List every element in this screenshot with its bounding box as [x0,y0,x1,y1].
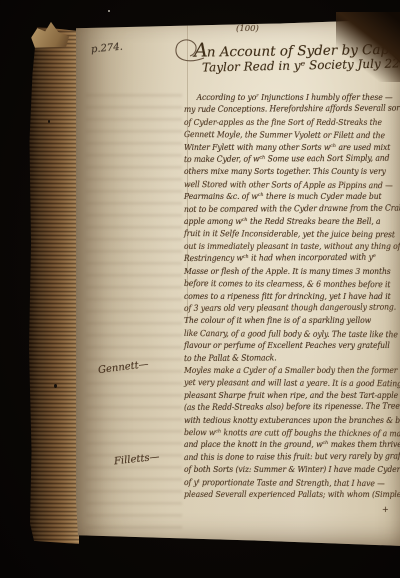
manuscript-line: of Cyder-apples as the fine Sort of Redd… [184,117,378,129]
catchword-mark: + [382,505,389,514]
manuscript-line: not to be compared with the Cyder drawne… [184,202,378,216]
edge-speck [48,120,50,123]
manuscript-line: Masse or flesh of the Apple. It is many … [184,266,378,278]
manuscript-line: with tedious knotty extuberances upon th… [184,415,378,427]
book-leaf-edges [29,27,79,544]
manuscript-photo: p.274. (100) An Account of Syder by Capt… [0,0,400,578]
manuscript-line: of 3 years old very pleasant though dang… [184,302,378,316]
ink-folio-number: (100) [236,24,259,34]
manuscript-body: According to yoʳ Injunctions I humbly of… [184,92,400,501]
manuscript-line: Pearmains &c. of wᶜʰ there is much Cyder… [184,191,378,203]
title-initial: A [194,39,207,61]
edge-speck [54,384,57,388]
torn-leaf-corner [30,21,70,50]
manuscript-line: of both Sorts (viz: Summer & Winter) I h… [184,464,378,476]
manuscript-line: Moyles make a Cyder of a Smaller body th… [184,365,378,377]
pencil-folio-number: p.274. [91,42,124,56]
manuscript-line: to make Cyder, of wᶜʰ Some use each Sort… [184,153,378,167]
manuscript-line: my rude Conceptions. Herefordshire affor… [184,103,378,117]
manuscript-line: Restringency wᶜʰ it had when incorporate… [184,252,378,266]
manuscript-line: The colour of it when fine is of a spark… [184,315,378,327]
page-corner-shadow [336,12,400,82]
dust-speck [108,10,110,12]
manuscript-page: p.274. (100) An Account of Syder by Capt… [76,16,400,548]
manuscript-line: apple among wᶜʰ the Redd Streaks beare t… [184,216,378,228]
manuscript-line: others mixe many Sorts together. This Co… [184,166,378,178]
manuscript-line: to the Pallat & Stomack. [184,351,378,365]
manuscript-line: (as the Redd-Streaks also) before its ri… [184,401,378,415]
manuscript-line: pleased Severall experienced Pallats; wi… [184,489,378,501]
manuscript-line: and this is done to raise this fruit: bu… [184,450,378,464]
manuscript-line: flavour or perfume of Excellent Peaches … [184,340,378,352]
